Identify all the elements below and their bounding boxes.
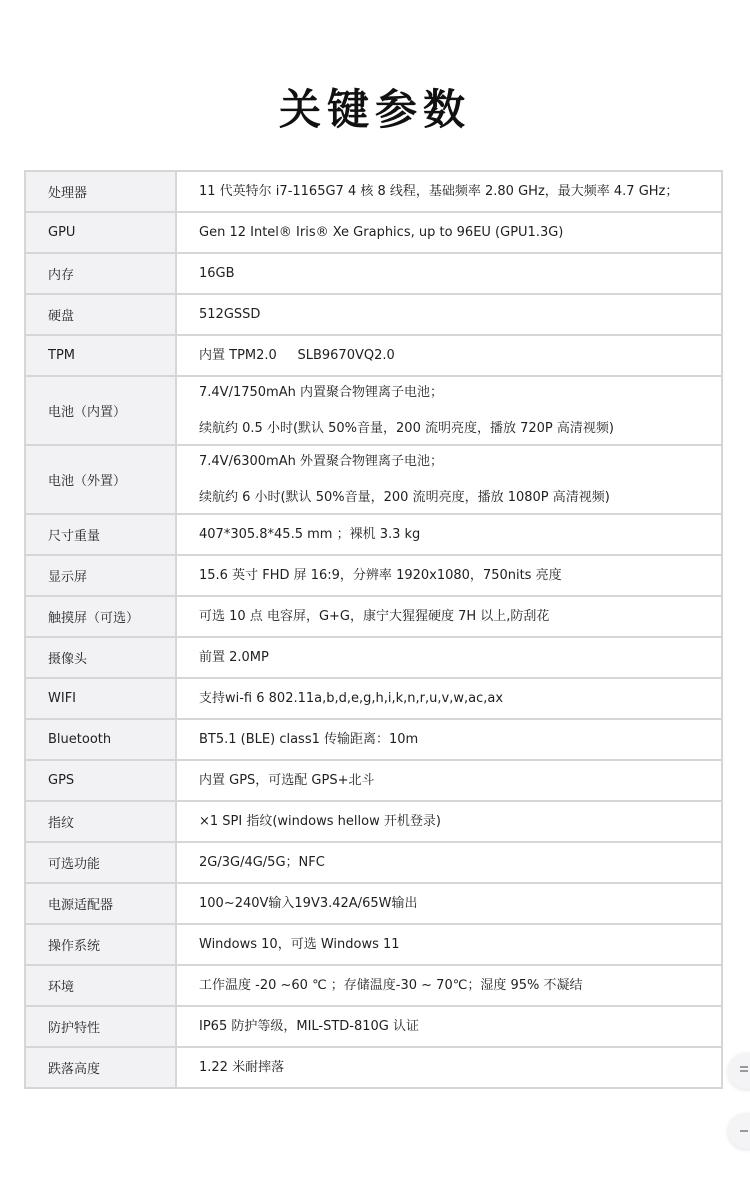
spec-row-fingerprint: 指纹 ×1 SPI 指纹(windows hellow 开机登录) bbox=[25, 801, 722, 842]
spec-label: GPU bbox=[25, 212, 176, 253]
spec-value-line: 续航约 6 小时(默认 50%音量，200 流明亮度，播放 1080P 高清视频… bbox=[199, 488, 721, 508]
spec-value-line: 续航约 0.5 小时(默认 50%音量，200 流明亮度，播放 720P 高清视… bbox=[199, 419, 721, 439]
spec-label: 操作系统 bbox=[25, 924, 176, 965]
spec-label: 硬盘 bbox=[25, 294, 176, 335]
page-title: 关键参数 bbox=[0, 80, 750, 140]
spec-label: Bluetooth bbox=[25, 719, 176, 760]
spec-value: 可选 10 点 电容屏，G+G，康宁大猩猩硬度 7H 以上,防刮花 bbox=[176, 596, 722, 637]
spec-row-environment: 环境 工作温度 -20 ~60 ℃ ；存储温度-30 ~ 70℃；湿度 95% … bbox=[25, 965, 722, 1006]
spec-value: 工作温度 -20 ~60 ℃ ；存储温度-30 ~ 70℃；湿度 95% 不凝结 bbox=[176, 965, 722, 1006]
spec-label: GPS bbox=[25, 760, 176, 801]
spec-value-line: BT5.1 (BLE) class1 传输距离：10m bbox=[199, 730, 721, 750]
spec-value: 前置 2.0MP bbox=[176, 637, 722, 678]
spec-row-optional-features: 可选功能 2G/3G/4G/5G；NFC bbox=[25, 842, 722, 883]
spec-label: 可选功能 bbox=[25, 842, 176, 883]
spec-value: BT5.1 (BLE) class1 传输距离：10m bbox=[176, 719, 722, 760]
floating-menu-button[interactable] bbox=[728, 1053, 750, 1089]
spec-row-touchscreen: 触摸屏（可选） 可选 10 点 电容屏，G+G，康宁大猩猩硬度 7H 以上,防刮… bbox=[25, 596, 722, 637]
spec-value: 2G/3G/4G/5G；NFC bbox=[176, 842, 722, 883]
spec-value-line: 工作温度 -20 ~60 ℃ ；存储温度-30 ~ 70℃；湿度 95% 不凝结 bbox=[199, 976, 721, 996]
spec-value-line: 可选 10 点 电容屏，G+G，康宁大猩猩硬度 7H 以上,防刮花 bbox=[199, 607, 721, 627]
spec-value-line: 16GB bbox=[199, 264, 721, 284]
spec-value: ×1 SPI 指纹(windows hellow 开机登录) bbox=[176, 801, 722, 842]
spec-value-line: Gen 12 Intel® Iris® Xe Graphics, up to 9… bbox=[199, 223, 721, 243]
spec-value-line: 15.6 英寸 FHD 屏 16:9，分辨率 1920x1080，750nits… bbox=[199, 566, 721, 586]
spec-value-line: 7.4V/6300mAh 外置聚合物锂离子电池； bbox=[199, 452, 721, 472]
spec-row-storage: 硬盘 512GSSD bbox=[25, 294, 722, 335]
spec-table: 处理器 11 代英特尔 i7-1165G7 4 核 8 线程，基础频率 2.80… bbox=[24, 170, 723, 1089]
spec-value-line: 7.4V/1750mAh 内置聚合物锂离子电池； bbox=[199, 383, 721, 403]
spec-label: 电池（内置） bbox=[25, 376, 176, 445]
spec-row-display: 显示屏 15.6 英寸 FHD 屏 16:9，分辨率 1920x1080，750… bbox=[25, 555, 722, 596]
spec-label: 电源适配器 bbox=[25, 883, 176, 924]
spec-value-line: 512GSSD bbox=[199, 305, 721, 325]
spec-row-processor: 处理器 11 代英特尔 i7-1165G7 4 核 8 线程，基础频率 2.80… bbox=[25, 171, 722, 212]
spec-value-line: Windows 10，可选 Windows 11 bbox=[199, 935, 721, 955]
spec-value: 7.4V/6300mAh 外置聚合物锂离子电池； 续航约 6 小时(默认 50%… bbox=[176, 445, 722, 514]
spec-value: 支持wi-fi 6 802.11a,b,d,e,g,h,i,k,n,r,u,v,… bbox=[176, 678, 722, 719]
spec-value-line: 支持wi-fi 6 802.11a,b,d,e,g,h,i,k,n,r,u,v,… bbox=[199, 689, 721, 709]
spec-value: 1.22 米耐摔落 bbox=[176, 1047, 722, 1088]
spec-value: 内置 TPM2.0 SLB9670VQ2.0 bbox=[176, 335, 722, 376]
spec-label: 跌落高度 bbox=[25, 1047, 176, 1088]
spec-label: 摄像头 bbox=[25, 637, 176, 678]
spec-value: 11 代英特尔 i7-1165G7 4 核 8 线程，基础频率 2.80 GHz… bbox=[176, 171, 722, 212]
floating-minimize-button[interactable] bbox=[728, 1113, 750, 1149]
spec-value: 内置 GPS，可选配 GPS+北斗 bbox=[176, 760, 722, 801]
spec-row-gpu: GPU Gen 12 Intel® Iris® Xe Graphics, up … bbox=[25, 212, 722, 253]
spec-value-line: ×1 SPI 指纹(windows hellow 开机登录) bbox=[199, 812, 721, 832]
spec-value-line: 11 代英特尔 i7-1165G7 4 核 8 线程，基础频率 2.80 GHz… bbox=[199, 182, 721, 202]
spec-row-gps: GPS 内置 GPS，可选配 GPS+北斗 bbox=[25, 760, 722, 801]
spec-label: 防护特性 bbox=[25, 1006, 176, 1047]
spec-row-bluetooth: Bluetooth BT5.1 (BLE) class1 传输距离：10m bbox=[25, 719, 722, 760]
spec-row-os: 操作系统 Windows 10，可选 Windows 11 bbox=[25, 924, 722, 965]
spec-label: 指纹 bbox=[25, 801, 176, 842]
spec-value: 512GSSD bbox=[176, 294, 722, 335]
spec-value-line: 407*305.8*45.5 mm ；裸机 3.3 kg bbox=[199, 525, 721, 545]
spec-label: TPM bbox=[25, 335, 176, 376]
spec-row-dimensions: 尺寸重量 407*305.8*45.5 mm ；裸机 3.3 kg bbox=[25, 514, 722, 555]
spec-value-line: IP65 防护等级，MIL-STD-810G 认证 bbox=[199, 1017, 721, 1037]
spec-value: Windows 10，可选 Windows 11 bbox=[176, 924, 722, 965]
spec-label: 电池（外置） bbox=[25, 445, 176, 514]
minus-icon bbox=[740, 1130, 748, 1132]
spec-row-camera: 摄像头 前置 2.0MP bbox=[25, 637, 722, 678]
spec-label: 内存 bbox=[25, 253, 176, 294]
spec-value: IP65 防护等级，MIL-STD-810G 认证 bbox=[176, 1006, 722, 1047]
spec-value-line: 1.22 米耐摔落 bbox=[199, 1058, 721, 1078]
spec-value-line: 内置 TPM2.0 SLB9670VQ2.0 bbox=[199, 346, 721, 366]
spec-value-line: 2G/3G/4G/5G；NFC bbox=[199, 853, 721, 873]
spec-label: 尺寸重量 bbox=[25, 514, 176, 555]
spec-value-line: 前置 2.0MP bbox=[199, 648, 721, 668]
spec-row-protection: 防护特性 IP65 防护等级，MIL-STD-810G 认证 bbox=[25, 1006, 722, 1047]
spec-label: 显示屏 bbox=[25, 555, 176, 596]
spec-label: 环境 bbox=[25, 965, 176, 1006]
spec-value: 407*305.8*45.5 mm ；裸机 3.3 kg bbox=[176, 514, 722, 555]
spec-value: 15.6 英寸 FHD 屏 16:9，分辨率 1920x1080，750nits… bbox=[176, 555, 722, 596]
spec-row-memory: 内存 16GB bbox=[25, 253, 722, 294]
menu-icon bbox=[740, 1066, 748, 1068]
spec-label: 触摸屏（可选） bbox=[25, 596, 176, 637]
spec-row-battery-external: 电池（外置） 7.4V/6300mAh 外置聚合物锂离子电池； 续航约 6 小时… bbox=[25, 445, 722, 514]
spec-value-line: 100~240V输入19V3.42A/65W输出 bbox=[199, 894, 721, 914]
spec-row-power-adapter: 电源适配器 100~240V输入19V3.42A/65W输出 bbox=[25, 883, 722, 924]
spec-row-wifi: WIFI 支持wi-fi 6 802.11a,b,d,e,g,h,i,k,n,r… bbox=[25, 678, 722, 719]
spec-value: Gen 12 Intel® Iris® Xe Graphics, up to 9… bbox=[176, 212, 722, 253]
spec-row-tpm: TPM 内置 TPM2.0 SLB9670VQ2.0 bbox=[25, 335, 722, 376]
spec-label: 处理器 bbox=[25, 171, 176, 212]
spec-value: 16GB bbox=[176, 253, 722, 294]
spec-value: 7.4V/1750mAh 内置聚合物锂离子电池； 续航约 0.5 小时(默认 5… bbox=[176, 376, 722, 445]
spec-value-line: 内置 GPS，可选配 GPS+北斗 bbox=[199, 771, 721, 791]
spec-value: 100~240V输入19V3.42A/65W输出 bbox=[176, 883, 722, 924]
spec-label: WIFI bbox=[25, 678, 176, 719]
spec-row-drop-height: 跌落高度 1.22 米耐摔落 bbox=[25, 1047, 722, 1088]
spec-row-battery-internal: 电池（内置） 7.4V/1750mAh 内置聚合物锂离子电池； 续航约 0.5 … bbox=[25, 376, 722, 445]
